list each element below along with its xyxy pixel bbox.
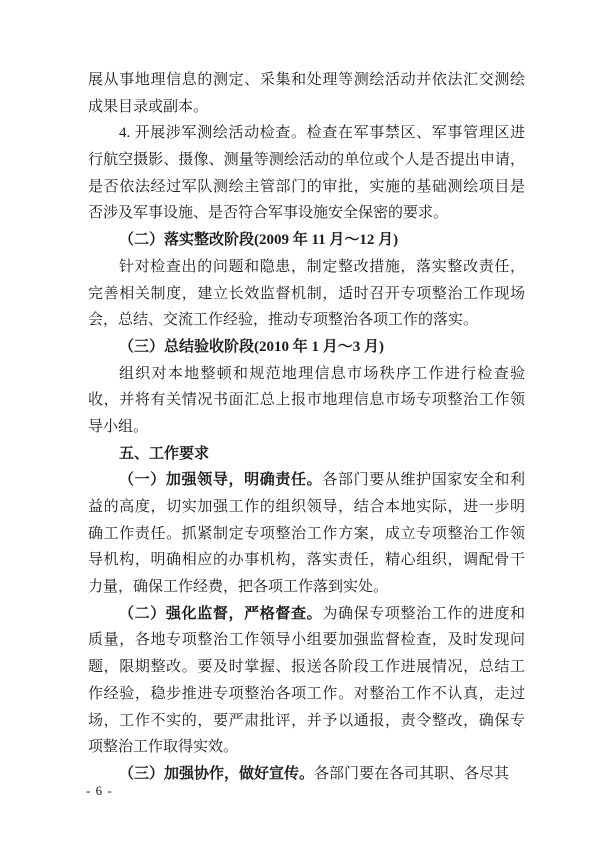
text-line: 益的高度，切实加强工作的组织领导，结合本地实际，进一步明 [88,494,525,521]
text-column: 展从事地理信息的测定、采集和处理等测绘活动并依法汇交测绘成果目录或副本。4. 开… [88,67,525,788]
text-run: 题，限期整改。要及时掌握、报送各阶段工作进展情况，总结工 [88,659,525,675]
text-run: 否涉及军事设施、是否符合军事设施安全保密的要求。 [88,205,448,221]
bold-text-run: （三）加强协作，做好宣传。 [119,766,314,782]
text-line: 质量，各地专项整治工作领导小组要加强监督检查，及时发现问 [88,627,525,654]
text-line: 针对检查出的问题和隐患，制定整改措施，落实整改责任， [88,254,525,281]
text-line: 组织对本地整顿和规范地理信息市场秩序工作进行检查验 [88,361,525,388]
text-run: 导小组。 [88,419,148,435]
text-line: 项整治工作取得实效。 [88,734,525,761]
text-run: 益的高度，切实加强工作的组织领导，结合本地实际，进一步明 [88,499,525,515]
text-line: 行航空摄影、摄像、测量等测绘活动的单位或个人是否提出申请， [88,147,525,174]
text-line: 五、工作要求 [88,441,525,468]
text-line: （一）加强领导，明确责任。各部门要从维护国家安全和利 [88,467,525,494]
text-line: 成果目录或副本。 [88,94,525,121]
text-line: 导小组。 [88,414,525,441]
text-line: （二）强化监督，严格督查。为确保专项整治工作的进度和 [88,601,525,628]
text-line: 场，工作不实的，要严肃批评，并予以通报，责令整改，确保专 [88,708,525,735]
page-number: - 6 - [86,783,113,799]
text-line: 4. 开展涉军测绘活动检查。检查在军事禁区、军事管理区进 [88,120,525,147]
text-run: 场，工作不实的，要严肃批评，并予以通报，责令整改，确保专 [88,713,525,729]
text-run: 质量，各地专项整治工作领导小组要加强监督检查，及时发现问 [88,632,525,648]
text-line: 确工作责任。抓紧制定专项整治工作方案，成立专项整治工作领 [88,521,525,548]
text-run: 是否依法经过军队测绘主管部门的审批，实施的基础测绘项目是 [88,179,525,195]
text-run: 确工作责任。抓紧制定专项整治工作方案，成立专项整治工作领 [88,526,525,542]
text-line: 完善相关制度，建立长效监督机制，适时召开专项整治工作现场 [88,281,525,308]
text-run: 收，并将有关情况书面汇总上报市地理信息市场专项整治工作领 [88,392,525,408]
text-run: 各部门要从维护国家安全和利 [322,472,525,488]
text-line: 题，限期整改。要及时掌握、报送各阶段工作进展情况，总结工 [88,654,525,681]
text-line: 作经验，稳步推进专项整治各项工作。对整治工作不认真，走过 [88,681,525,708]
text-line: 否涉及军事设施、是否符合军事设施安全保密的要求。 [88,200,525,227]
text-run: 作经验，稳步推进专项整治各项工作。对整治工作不认真，走过 [88,686,525,702]
text-line: 是否依法经过军队测绘主管部门的审批，实施的基础测绘项目是 [88,174,525,201]
text-line: 会，总结、交流工作经验，推动专项整治各项工作的落实。 [88,307,525,334]
text-run: 行航空摄影、摄像、测量等测绘活动的单位或个人是否提出申请， [88,152,525,168]
text-line: 力量，确保工作经费，把各项工作落到实处。 [88,574,525,601]
text-run: 项整治工作取得实效。 [88,739,238,755]
text-run: 为确保专项整治工作的进度和 [322,606,525,622]
text-line: 收，并将有关情况书面汇总上报市地理信息市场专项整治工作领 [88,387,525,414]
text-run: 会，总结、交流工作经验，推动专项整治各项工作的落实。 [88,312,478,328]
text-run: 组织对本地整顿和规范地理信息市场秩序工作进行检查验 [119,366,525,382]
document-page: 展从事地理信息的测定、采集和处理等测绘活动并依法汇交测绘成果目录或副本。4. 开… [0,0,611,866]
text-run: 力量，确保工作经费，把各项工作落到实处。 [88,579,388,595]
text-line: 展从事地理信息的测定、采集和处理等测绘活动并依法汇交测绘 [88,67,525,94]
text-run: 针对检查出的问题和隐患，制定整改措施，落实整改责任， [119,259,525,275]
text-line: （二）落实整改阶段(2009 年 11 月～12 月) [88,227,525,254]
text-line: （三）总结验收阶段(2010 年 1 月～3 月) [88,334,525,361]
text-run: 各部门要在各司其职、各尽其 [314,766,509,782]
text-run: 成果目录或副本。 [88,99,208,115]
bold-text-run: （二）强化监督，严格督查。 [119,606,322,622]
bold-text-run: （三）总结验收阶段(2010 年 1 月～3 月) [119,339,384,355]
text-run: 导机构，明确相应的办事机构，落实责任，精心组织，调配骨干 [88,552,525,568]
text-run: 完善相关制度，建立长效监督机制，适时召开专项整治工作现场 [88,286,525,302]
bold-text-run: （一）加强领导，明确责任。 [119,472,322,488]
text-run: 展从事地理信息的测定、采集和处理等测绘活动并依法汇交测绘 [88,72,525,88]
bold-text-run: 五、工作要求 [119,446,209,462]
text-run: 4. 开展涉军测绘活动检查。检查在军事禁区、军事管理区进 [119,125,525,141]
bold-text-run: （二）落实整改阶段(2009 年 11 月～12 月) [119,232,398,248]
text-line: （三）加强协作，做好宣传。各部门要在各司其职、各尽其 [88,761,525,788]
text-line: 导机构，明确相应的办事机构，落实责任，精心组织，调配骨干 [88,547,525,574]
